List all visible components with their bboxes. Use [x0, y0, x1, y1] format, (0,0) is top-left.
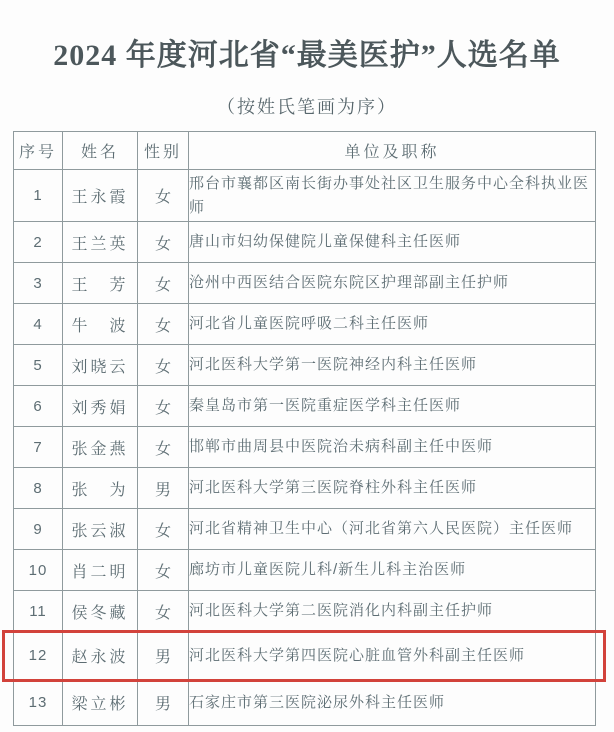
cell-name: 赵永波 [63, 632, 138, 680]
cell-name: 张金燕 [63, 427, 138, 468]
cell-number: 11 [14, 591, 63, 632]
table-row: 9 张云淑 女 河北省精神卫生中心（河北省第六人民医院）主任医师 [14, 509, 596, 550]
table-row: 3 王 芳 女 沧州中西医结合医院东院区护理部副主任护师 [14, 263, 596, 304]
table-row: 10 肖二明 女 廊坊市儿童医院儿科/新生儿科主治医师 [14, 550, 596, 591]
cell-name: 张云淑 [63, 509, 138, 550]
cell-gender: 男 [138, 468, 189, 509]
cell-name: 梁立彬 [63, 680, 138, 726]
header-number: 序号 [14, 132, 63, 170]
cell-gender: 女 [138, 263, 189, 304]
cell-name: 刘秀娟 [63, 386, 138, 427]
cell-name: 王兰英 [63, 222, 138, 263]
candidate-table: 序号 姓名 性别 单位及职称 1 王永霞 女 邢台市襄都区南长街办事处社区卫生服… [13, 131, 596, 726]
cell-number: 12 [14, 632, 63, 680]
cell-unit: 河北省精神卫生中心（河北省第六人民医院）主任医师 [189, 509, 596, 550]
cell-unit: 廊坊市儿童医院儿科/新生儿科主治医师 [189, 550, 596, 591]
cell-gender: 女 [138, 591, 189, 632]
page-title: 2024 年度河北省“最美医护”人选名单 [0, 30, 614, 74]
cell-unit: 河北医科大学第一医院神经内科主任医师 [189, 345, 596, 386]
cell-name: 肖二明 [63, 550, 138, 591]
cell-number: 2 [14, 222, 63, 263]
table-row: 4 牛 波 女 河北省儿童医院呼吸二科主任医师 [14, 304, 596, 345]
cell-name: 牛 波 [63, 304, 138, 345]
header-unit: 单位及职称 [189, 132, 596, 170]
table-row: 1 王永霞 女 邢台市襄都区南长街办事处社区卫生服务中心全科执业医师 [14, 170, 596, 222]
cell-unit: 邯郸市曲周县中医院治未病科副主任中医师 [189, 427, 596, 468]
cell-number: 10 [14, 550, 63, 591]
header-gender: 性别 [138, 132, 189, 170]
page-subtitle: （按姓氏笔画为序） [0, 93, 614, 119]
cell-gender: 女 [138, 345, 189, 386]
cell-unit: 唐山市妇幼保健院儿童保健科主任医师 [189, 222, 596, 263]
cell-gender: 男 [138, 680, 189, 726]
cell-gender: 女 [138, 222, 189, 263]
table-row: 8 张 为 男 河北医科大学第三医院脊柱外科主任医师 [14, 468, 596, 509]
cell-unit: 秦皇岛市第一医院重症医学科主任医师 [189, 386, 596, 427]
cell-number: 1 [14, 170, 63, 222]
cell-number: 8 [14, 468, 63, 509]
table-row: 6 刘秀娟 女 秦皇岛市第一医院重症医学科主任医师 [14, 386, 596, 427]
cell-unit: 河北省儿童医院呼吸二科主任医师 [189, 304, 596, 345]
table-row: 13 梁立彬 男 石家庄市第三医院泌尿外科主任医师 [14, 680, 596, 726]
cell-gender: 女 [138, 509, 189, 550]
cell-name: 刘晓云 [63, 345, 138, 386]
table-row: 11 侯冬藏 女 河北医科大学第二医院消化内科副主任护师 [14, 591, 596, 632]
cell-gender: 女 [138, 550, 189, 591]
table-row: 2 王兰英 女 唐山市妇幼保健院儿童保健科主任医师 [14, 222, 596, 263]
table-header-row: 序号 姓名 性别 单位及职称 [14, 132, 596, 170]
cell-gender: 男 [138, 632, 189, 680]
cell-name: 张 为 [63, 468, 138, 509]
cell-name: 王永霞 [63, 170, 138, 222]
cell-unit: 沧州中西医结合医院东院区护理部副主任护师 [189, 263, 596, 304]
cell-gender: 女 [138, 386, 189, 427]
cell-number: 3 [14, 263, 63, 304]
cell-number: 6 [14, 386, 63, 427]
document-page: 2024 年度河北省“最美医护”人选名单 （按姓氏笔画为序） 序号 姓名 性别 … [0, 0, 614, 732]
cell-name: 侯冬藏 [63, 591, 138, 632]
cell-number: 9 [14, 509, 63, 550]
cell-number: 4 [14, 304, 63, 345]
cell-unit: 河北医科大学第二医院消化内科副主任护师 [189, 591, 596, 632]
table-row: 7 张金燕 女 邯郸市曲周县中医院治未病科副主任中医师 [14, 427, 596, 468]
table-row: 5 刘晓云 女 河北医科大学第一医院神经内科主任医师 [14, 345, 596, 386]
cell-unit: 石家庄市第三医院泌尿外科主任医师 [189, 680, 596, 726]
cell-number: 13 [14, 680, 63, 726]
cell-unit: 河北医科大学第三医院脊柱外科主任医师 [189, 468, 596, 509]
cell-gender: 女 [138, 427, 189, 468]
table-row-highlighted: 12 赵永波 男 河北医科大学第四医院心脏血管外科副主任医师 [14, 632, 596, 680]
cell-unit: 河北医科大学第四医院心脏血管外科副主任医师 [189, 632, 596, 680]
cell-name: 王 芳 [63, 263, 138, 304]
cell-number: 7 [14, 427, 63, 468]
header-name: 姓名 [63, 132, 138, 170]
cell-unit: 邢台市襄都区南长街办事处社区卫生服务中心全科执业医师 [189, 170, 596, 222]
cell-number: 5 [14, 345, 63, 386]
cell-gender: 女 [138, 304, 189, 345]
cell-gender: 女 [138, 170, 189, 222]
